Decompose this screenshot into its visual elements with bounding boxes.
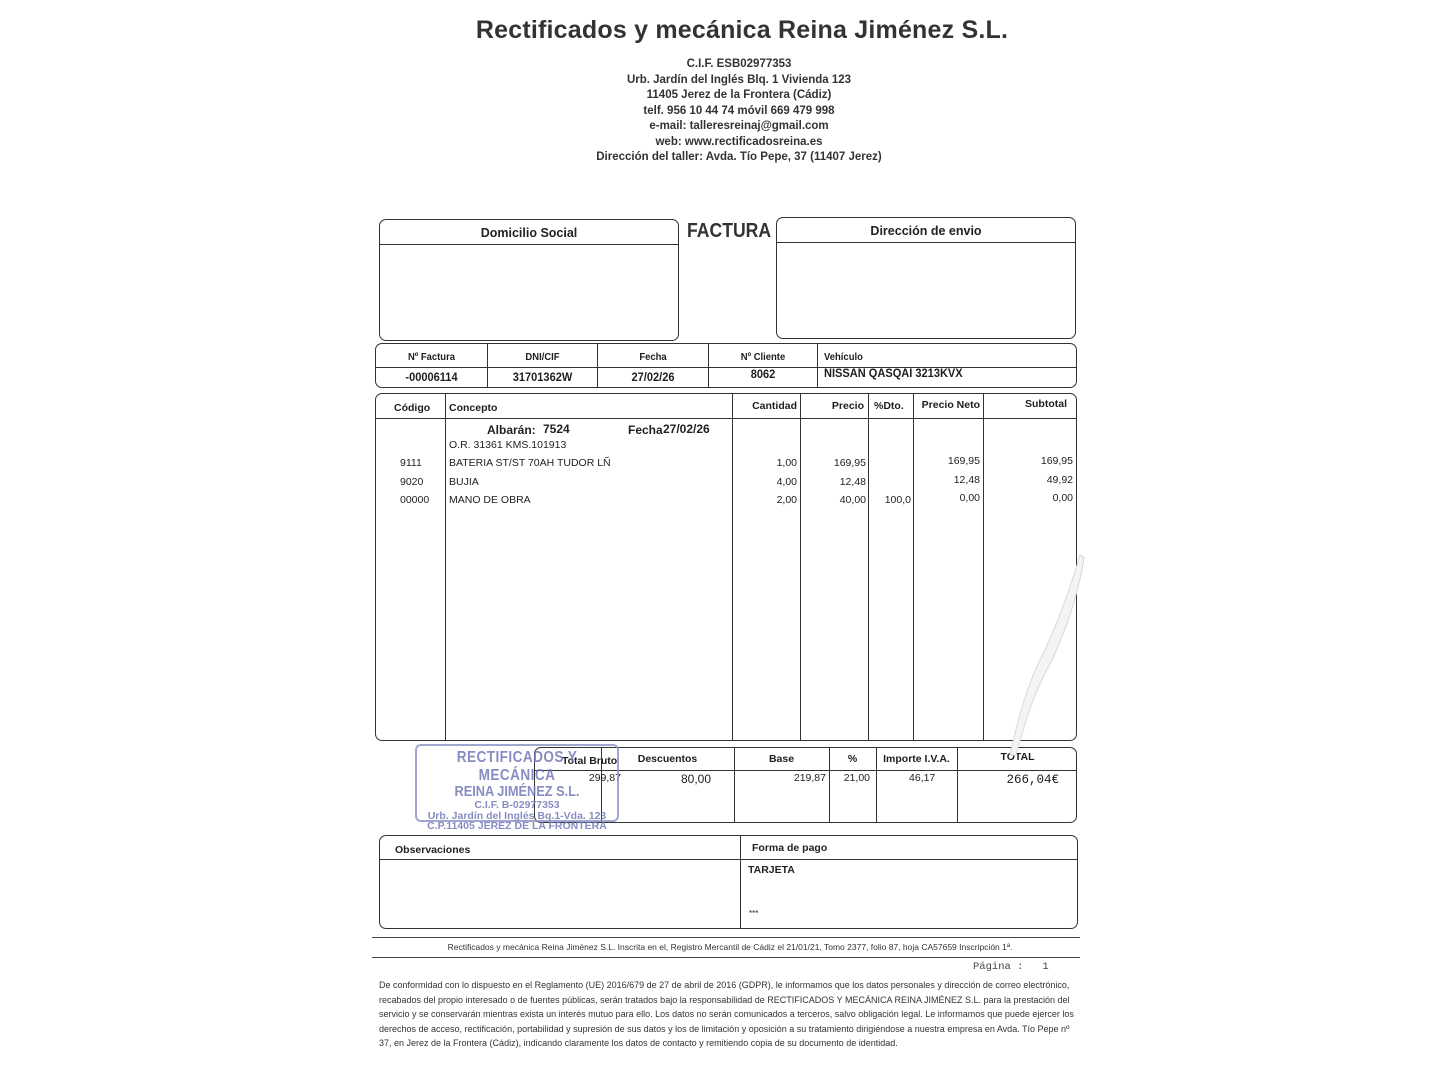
item-net-price: 12,48 [913,474,980,486]
delivery-note-number: 7524 [543,422,570,436]
item-price: 12,48 [800,476,866,488]
item-net-price: 169,95 [913,455,980,467]
client-number: 8062 [713,365,812,385]
discounts-label: Descuentos [601,748,734,770]
invoice-number: -00006114 [380,368,482,388]
item-subtotal: 169,95 [983,455,1073,467]
item-quantity: 1,00 [732,457,797,469]
stamp-line: C.P.11405 JEREZ DE LA FRONTERA [417,820,617,832]
gdpr-notice: De conformidad con lo dispuesto en el Re… [379,978,1079,1051]
delivery-note-date: 27/02/26 [663,422,710,436]
divider [868,394,869,740]
discounts: 80,00 [681,772,711,786]
stamp-line: RECTIFICADOS Y MECÁNICA [432,749,602,785]
item-quantity: 2,00 [732,494,797,506]
column-header-price: Precio [800,397,864,421]
column-header-discount: %Dto. [874,397,904,421]
company-phone: telf. 956 10 44 74 móvil 669 479 998 [0,104,1440,120]
delivery-note-label: Albarán: [487,423,536,437]
paper-crease-mark [1000,550,1090,760]
column-header-code: Código [394,399,430,423]
document-title: FACTURA [687,220,771,243]
column-header-net-price: Precio Neto [913,396,980,420]
item-discount: 100,0 [868,494,911,506]
item-quantity: 4,00 [732,476,797,488]
company-city: 11405 Jerez de la Frontera (Cádiz) [0,88,1440,104]
vat-percent: 21,00 [829,772,870,784]
company-cif: C.I.F. ESB02977353 [0,57,1440,73]
item-concept: MANO DE OBRA [449,494,531,506]
tax-id-label: DNI/CIF [493,344,591,368]
divider [983,394,984,740]
item-price: 40,00 [800,494,866,506]
observations-payment-box: Observaciones Forma de pago TARJETA *** [379,835,1078,929]
item-subtotal: 49,92 [983,474,1073,486]
item-price: 169,95 [800,457,866,469]
item-code: 9020 [400,476,423,488]
company-web: web: www.rectificadosreina.es [0,135,1440,151]
delivery-note-date-label: Fecha [628,423,663,437]
date-cell: Fecha 27/02/26 [598,344,709,387]
items-table: Código Concepto Cantidad Precio %Dto. Pr… [375,393,1077,741]
divider [732,394,733,740]
page-number: 1 [1042,961,1048,973]
divider [380,859,1077,860]
base-label: Base [734,748,829,770]
observations-label: Observaciones [395,844,470,856]
page-indicator: Página : 1 [973,961,1049,973]
divider [372,957,1080,958]
registered-office-label: Domicilio Social [380,220,678,245]
page-label: Página : [973,961,1023,973]
grand-total: 266,04€ [957,773,1059,787]
shipping-address-box: Dirección de envio [776,217,1076,339]
tax-id-cell: DNI/CIF 31701362W [488,344,598,387]
registry-text: Rectificados y mecánica Reina Jiménez S.… [370,942,1090,952]
column-header-concept: Concepto [449,399,497,423]
company-address: Urb. Jardín del Inglés Blq. 1 Vivienda 1… [0,73,1440,89]
invoice-number-label: Nº Factura [382,344,482,368]
vat-percent-label: % [829,748,876,770]
company-email: e-mail: talleresreinaj@gmail.com [0,119,1440,135]
item-code: 9111 [400,457,422,469]
vat-amount: 46,17 [909,772,935,784]
company-name: Rectificados y mecánica Reina Jiménez S.… [0,16,1440,45]
invoice-date: 27/02/26 [602,368,703,388]
invoice-info-table: Nº Factura -00006114 DNI/CIF 31701362W F… [375,343,1077,388]
work-order: O.R. 31361 KMS.101913 [449,439,566,451]
vat-amount-label: Importe I.V.A. [876,748,957,770]
shipping-address-label: Dirección de envio [777,218,1075,243]
stamp-line: REINA JIMÉNEZ S.L. [432,783,602,800]
base: 219,87 [734,772,826,784]
vehicle: NISSAN QASQAI 3213KVX [824,364,1058,384]
column-header-quantity: Cantidad [732,397,797,421]
company-contact-block: C.I.F. ESB02977353 Urb. Jardín del Inglé… [0,57,1440,166]
item-concept: BATERIA ST/ST 70AH TUDOR LÑ [449,457,611,469]
payment-method: TARJETA [748,864,795,876]
divider [445,394,446,740]
item-concept: BUJIA [449,476,479,488]
company-workshop-address: Dirección del taller: Avda. Tío Pepe, 37… [0,150,1440,166]
item-net-price: 0,00 [913,492,980,504]
client-number-cell: Nº Cliente 8062 [709,344,818,387]
payment-note: *** [749,909,758,918]
date-label: Fecha [604,344,703,368]
column-header-subtotal: Subtotal [983,395,1067,419]
payment-method-label: Forma de pago [752,842,827,854]
divider [913,394,914,740]
invoice-number-cell: Nº Factura -00006114 [376,344,488,387]
divider [800,394,801,740]
registered-office-box: Domicilio Social [379,219,679,341]
tax-id: 31701362W [492,368,592,388]
divider [740,836,741,928]
item-code: 00000 [400,494,429,506]
vehicle-cell: Vehículo NISSAN QASQAI 3213KVX [818,344,1078,387]
item-subtotal: 0,00 [983,492,1073,504]
company-stamp: RECTIFICADOS Y MECÁNICA REINA JIMÉNEZ S.… [415,744,619,822]
divider [372,937,1080,938]
